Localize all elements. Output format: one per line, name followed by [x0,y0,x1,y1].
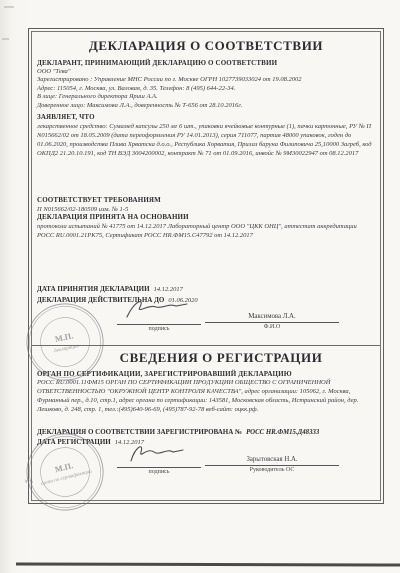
scan-artifact [2,38,9,40]
registration-section-title: СВЕДЕНИЯ О РЕГИСТРАЦИИ [69,350,373,366]
svg-text:« Тева ЛЛС »: « Тева ЛЛС » [16,306,21,354]
declarant-trustee: Доверенное лицо: Максимова Л.А., доверен… [37,101,375,110]
signature-stroke-declarant [121,295,193,323]
conforms-heading: СООТВЕТСТВУЕТ ТРЕБОВАНИЯМ [37,196,375,204]
scan-bottom-edge [16,562,400,566]
name-line [205,322,339,323]
signature-caption: подпись [117,326,201,332]
signer-name: Зарытовская Н.А. [207,456,337,463]
signature-stroke-certifier [123,439,195,467]
document-title: ДЕКЛАРАЦИЯ О СООТВЕТСТВИИ [29,38,383,54]
name-caption: Руководитель ОС [205,467,339,473]
stamp-mp-text: М.П. [54,331,74,344]
name-caption: Ф.И.О [205,324,339,330]
certification-body-heading: ОРГАН ПО СЕРТИФИКАЦИИ, ЗАРЕГИСТРИРОВАВШИ… [37,370,375,378]
declarant-heading: ДЕКЛАРАНТ, ПРИНИМАЮЩИЙ ДЕКЛАРАЦИЮ О СООТ… [37,59,375,67]
signature-caption: подпись [117,469,201,475]
certification-body-details: РОСС RU.0001.11ФМ15 ОРГАН ПО СЕРТИФИКАЦИ… [37,378,375,414]
signature-line [117,467,201,468]
basis-heading: ДЕКЛАРАЦИЯ ПРИНЯТА НА ОСНОВАНИИ [37,213,375,221]
section-divider [32,345,380,346]
declares-heading: ЗАЯВЛЯЕТ, ЧТО [37,113,375,121]
signer-name: Максимова Л.А. [207,313,337,320]
signature-line [117,324,201,325]
name-line [205,465,339,466]
stamp-mp-text: М.П. [54,461,74,474]
declaration-document: ДЕКЛАРАЦИЯ О СООТВЕТСТВИИ ДЕКЛАРАНТ, ПРИ… [28,28,384,504]
stamp-ring-text: « Тева ЛЛС » [16,306,21,354]
product-description: лекарственное средство: Сумамед капсулы … [37,122,375,158]
scan-artifact [4,6,14,8]
basis-text: протокола испытаний № 41775 от 14.12.201… [37,222,375,240]
